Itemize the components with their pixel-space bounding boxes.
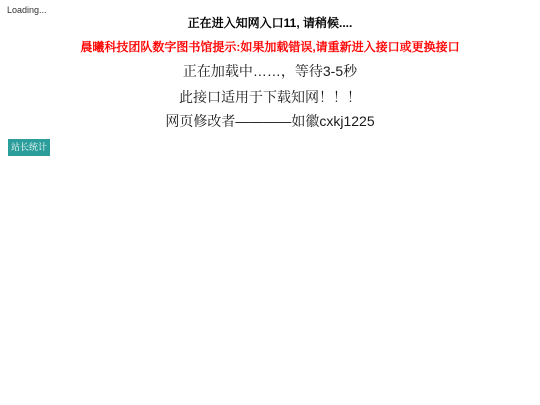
warning-message-text: 晨曦科技团队数字图书馆提示:如果加载错误,请重新进入接口或更换接口 (0, 38, 540, 55)
author-contact-text: 网页修改者————如徽cxkj1225 (0, 111, 540, 131)
site-stats-badge[interactable]: 站长统计 (8, 139, 50, 156)
entry-title-text: 正在进入知网入口11, 请稍候.... (0, 14, 540, 31)
usage-note-text: 此接口适用于下载知网！！！ (0, 87, 540, 107)
loading-status-text: 正在加载中……，等待3-5秒 (0, 61, 540, 81)
